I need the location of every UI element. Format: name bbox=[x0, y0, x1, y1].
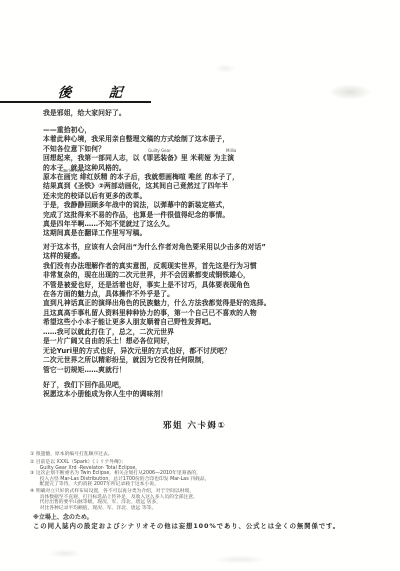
text-line: 管它一切规矩……爽就行！ bbox=[43, 366, 381, 375]
text-line: 非常复杂的，现在出现的二次元世界，并不会因素都变成钢铁雄心， bbox=[43, 271, 381, 280]
author-signature: 邪姐 六卡姆① bbox=[163, 419, 226, 431]
text-line: ① 很遗憾，原本的编号打乱顺序过去。 bbox=[30, 452, 380, 458]
text-line: 祝愿这本小册能成为你人生中的调味剂！ bbox=[43, 390, 381, 399]
scan-smudge bbox=[328, 84, 372, 100]
footnote-3: ③ 这次企划不断重名为 Twin Eclipse，相关企划打从2006—2010… bbox=[30, 471, 380, 488]
text-line: 不管是被爱也好，还是活着也好，事实上是不讨巧，具体要表现角色 bbox=[43, 281, 381, 290]
footnote-1: ① 很遗憾，原本的编号打乱顺序过去。 bbox=[30, 452, 380, 458]
footnote-4: ④ 明确对立只好的式样布局设置，各不可以再分类为介绍，对于空间以财境， 具体数据… bbox=[30, 489, 380, 512]
text-line: 的本子，就是这种风格的。 bbox=[43, 164, 381, 173]
text-line: ……我可以就此打住了，总之，二次元世界 bbox=[43, 328, 381, 337]
text-line: 对于这本书，应该有人会问出“为什么作者对角色要采用以少击多的对话” bbox=[43, 243, 381, 252]
text-line: 不知各位意下如何？ bbox=[43, 145, 381, 154]
text-line: 完成了这批得来不易的作品，也算是一件很值得纪念的事情。 bbox=[43, 211, 381, 220]
ruby-annotation-scarlet-fairy: Scarlet Fairy bbox=[60, 168, 85, 173]
text-line: 配置完了等待，大约消耗 2007年所记录载于这本小说。 bbox=[30, 482, 380, 488]
text-line: 直到凡神话真正的演绎出角色的民族魅力，什么方法我都觉得是好的选择。 bbox=[43, 299, 381, 308]
text-line: 希望这些小小本子能让更多人朋友顺着自己野性发挥吧。 bbox=[43, 318, 381, 327]
text-line: 回想起来，我第一部同人志，以《罪恶装备》里 米莉娅 为主演 bbox=[43, 154, 381, 163]
text-line: 对比各种记录平均额值，现况、军、洋北、唐远 等等。 bbox=[30, 506, 380, 512]
text-line: 我们没有办法理解作者的真实意图，反观现实世界，首先这是行为习惯 bbox=[43, 262, 381, 271]
text-line: 原本在画完 绯红妖精 的本子后，我就想画梅喧 唯丝 的本子了， bbox=[43, 173, 381, 182]
title-underline-rule bbox=[0, 101, 151, 103]
text-line: 好了，我们下回作品见吧， bbox=[43, 381, 381, 390]
page-title: 後 記 bbox=[57, 81, 149, 101]
afterword-paragraph-characters: 对于这本书，应该有人会问出“为什么作者对角色要采用以少击多的对话”这样的疑惑。我… bbox=[43, 243, 381, 328]
text-line: 于是，我静静回顾多年战中的说法，以弹幕中的新装定格式， bbox=[43, 201, 381, 210]
afterword-paragraph-2d-world: ……我可以就此打住了，总之，二次元世界是一片广阔又自由的乐土！想必各位同好，无论… bbox=[43, 328, 381, 375]
disclaimer-text: この同人誌内の設定およびシナリオその他は妄想100%であり、公式とは全くの無関係… bbox=[33, 521, 340, 530]
text-line: 且这真高手事札留人资料里种种协力的事，第一个自己已不喜欢的人物 bbox=[43, 309, 381, 318]
text-line: 我是邪姐，给大家问好了。 bbox=[43, 109, 381, 118]
text-line: ——重拾初心， bbox=[43, 126, 381, 135]
scan-smudge bbox=[212, 555, 268, 564]
scan-smudge bbox=[48, 549, 82, 558]
afterword-paragraph-initial-intent: ——重拾初心，本着此种心境，我采用亲自整理文稿的方式绘制了这本册子，不知各位意下… bbox=[43, 126, 381, 173]
text-line: 还未完的校译以后有更多的改革。 bbox=[43, 192, 381, 201]
text-line: 本着此种心境，我采用亲自整理文稿的方式绘制了这本册子， bbox=[43, 135, 381, 144]
footnote-2: ② 目前是以 XXXL（Spark）《ミリア外傳》： Guilty Gear X… bbox=[30, 460, 380, 471]
ruby-annotation-millia: Millia bbox=[226, 148, 236, 153]
scan-smudge bbox=[214, 64, 236, 73]
text-line: 无论Yuri里的方式也好，异次元里的方式也好，都不讨厌吧？ bbox=[43, 347, 381, 356]
text-line: 这样的疑惑。 bbox=[43, 252, 381, 261]
afterword-paragraph-greeting: 我是邪姐，给大家问好了。 bbox=[43, 109, 381, 118]
text-line: 结果真到《圣铁》②两部动画化，这其间自己竟然过了四年半 bbox=[43, 182, 381, 191]
text-line: 是一片广阔又自由的乐土！想必各位同好， bbox=[43, 337, 381, 346]
ruby-annotation-guilty-gear: Guilty Gear bbox=[148, 148, 171, 153]
afterword-paragraph-four-years: 原本在画完 绯红妖精 的本子后，我就想画梅喧 唯丝 的本子了，结果真到《圣铁》②… bbox=[43, 173, 381, 239]
text-line: 二次元世界之所以精彩纷呈，就因为它没有任何限制， bbox=[43, 356, 381, 365]
text-line: 这期间真是在翻译工作里写写稿。 bbox=[43, 229, 381, 238]
scanned-afterword-page: 後 記 我是邪姐，给大家问好了。 ——重拾初心，本着此种心境，我采用亲自整理文稿… bbox=[0, 0, 400, 571]
afterword-paragraph-closing: 好了，我们下回作品见吧，祝愿这本小册能成为你人生中的调味剂！ bbox=[43, 381, 381, 400]
